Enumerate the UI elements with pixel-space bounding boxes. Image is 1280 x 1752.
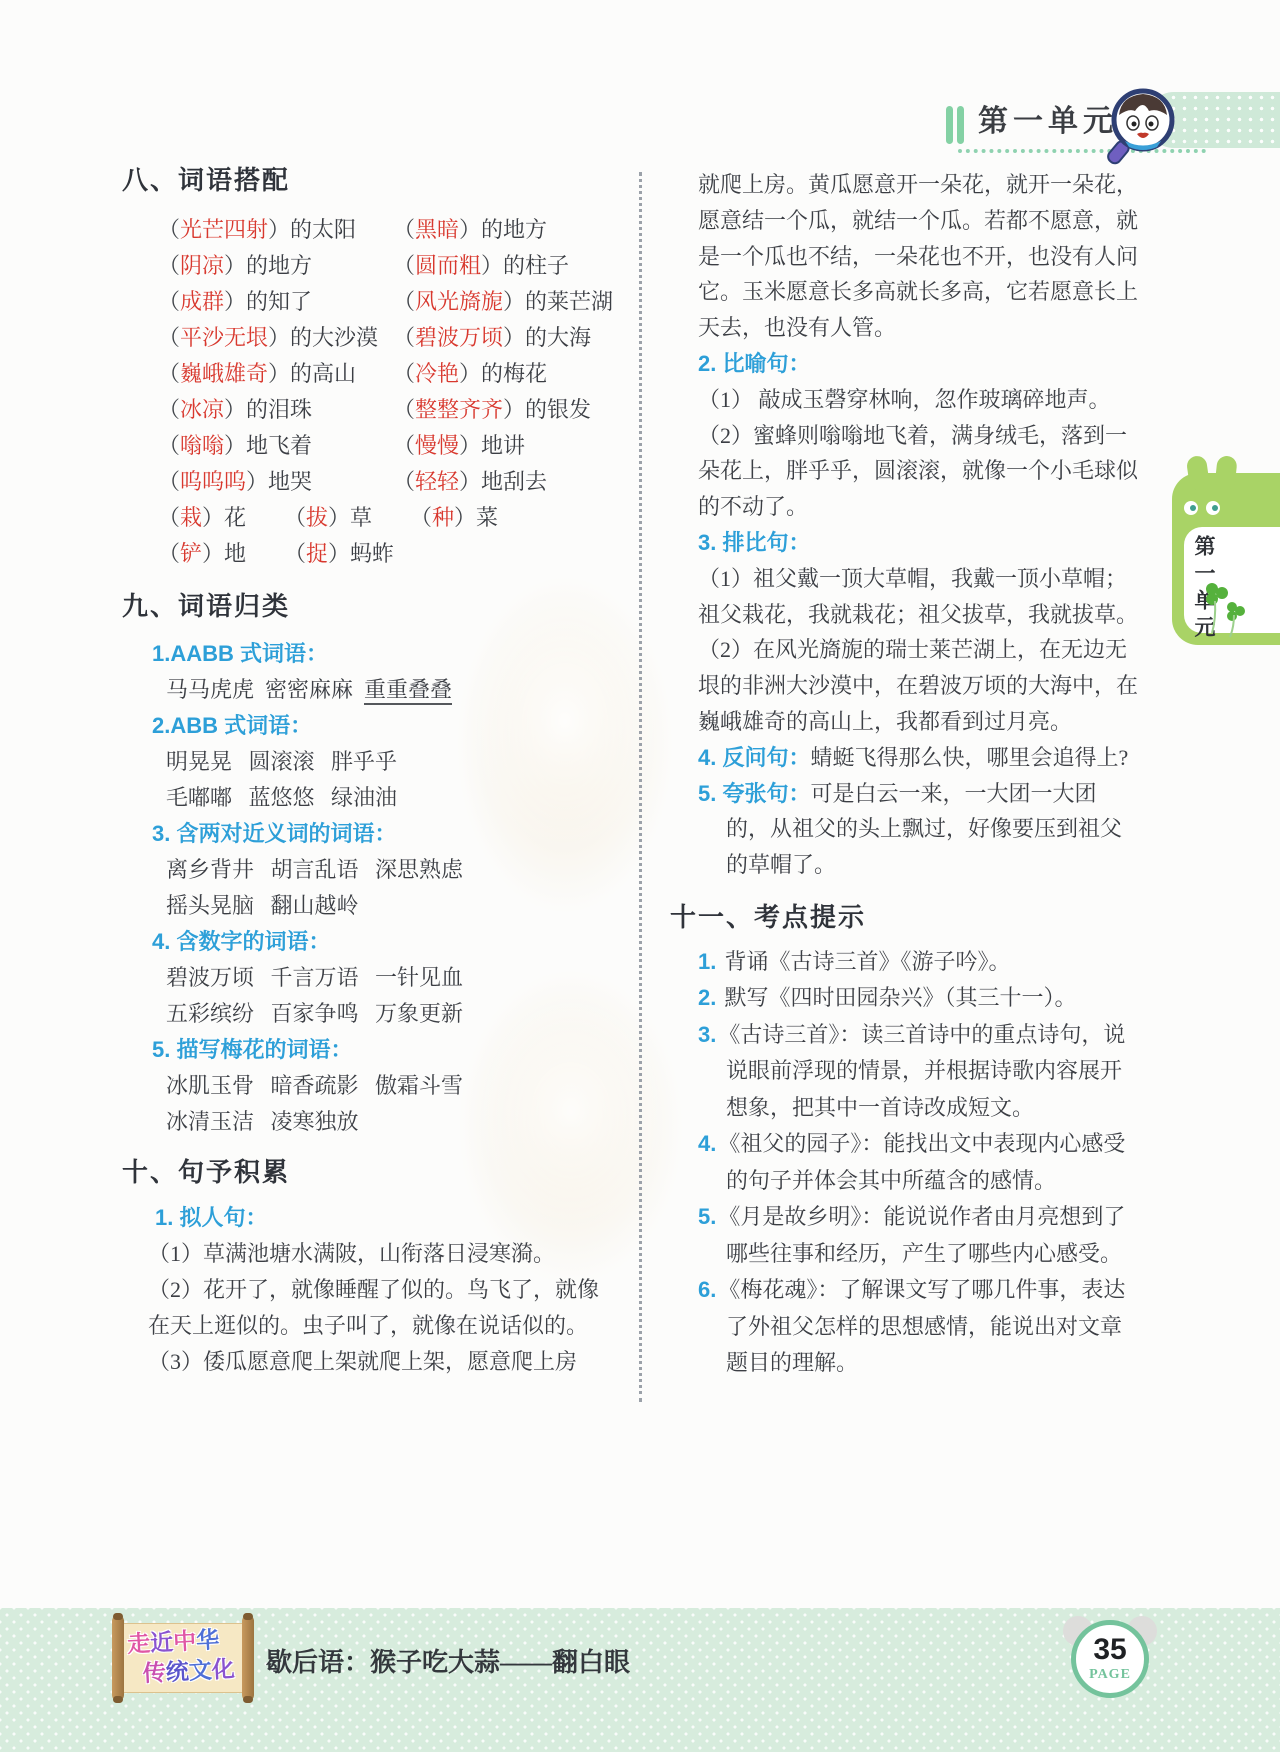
pair-row: 成群的知了 风光旖旎的莱芒湖 bbox=[158, 284, 630, 320]
fill-in-word: 平沙无垠 bbox=[158, 325, 290, 350]
sentence-type-label: 4. 反问句： bbox=[698, 745, 810, 770]
pair-row: 呜呜呜地哭 轻轻地刮去 bbox=[158, 464, 630, 500]
category-words-line: 明晃晃 圆滚滚 胖乎乎 bbox=[166, 744, 630, 780]
fill-in-word: 黑暗 bbox=[393, 217, 481, 242]
banner-char: 华 bbox=[196, 1626, 220, 1653]
banner-char: 文 bbox=[188, 1657, 212, 1684]
banner-char: 近 bbox=[150, 1629, 174, 1656]
category-words-line: 马马虎虎密密麻麻重重叠叠 bbox=[166, 672, 630, 708]
pair-tail: 的大沙漠 bbox=[290, 325, 378, 350]
example-sentence: （1）祖父戴一顶大草帽，我戴一顶小草帽；祖父栽花，我就栽花；祖父拔草，我就拔草。 bbox=[698, 561, 1138, 633]
rabbit-eye-icon bbox=[1184, 501, 1198, 515]
exam-tip-item: 2. 默写《四时田园杂兴》（其三十一）。 bbox=[698, 980, 1138, 1017]
category-label: 5. 描写梅花的词语： bbox=[152, 1032, 630, 1068]
banner-text: 走近中华 传统文化 bbox=[127, 1623, 246, 1689]
word-matching-list: 光芒四射的太阳 黑暗的地方 阴凉的地方 圆而粗的柱子 成群的知了 风光旖旎的莱芒… bbox=[158, 212, 630, 500]
word-pair: 巍峨雄奇的高山 bbox=[158, 356, 393, 392]
left-column: 八、词语搭配 光芒四射的太阳 黑暗的地方 阴凉的地方 圆而粗的柱子 成群的知了 … bbox=[100, 160, 630, 1380]
pair-tail: 的柱子 bbox=[503, 253, 569, 278]
pair-row: 光芒四射的太阳 黑暗的地方 bbox=[158, 212, 630, 248]
pair-row: 巍峨雄奇的高山 冷艳的梅花 bbox=[158, 356, 630, 392]
pair-tail: 地 bbox=[224, 541, 246, 566]
category-words-line: 摇头晃脑 翻山越岭 bbox=[166, 888, 630, 924]
column-divider bbox=[639, 172, 642, 1402]
fill-in-word: 成群 bbox=[158, 289, 246, 314]
category-words-line: 碧波万顷 千言万语 一针见血 bbox=[166, 960, 630, 996]
rabbit-ear-icon bbox=[1214, 455, 1237, 491]
word-pair: 平沙无垠的大沙漠 bbox=[158, 320, 393, 356]
fill-in-word: 整整齐齐 bbox=[393, 397, 525, 422]
idiom-line: 歇后语：猴子吃大蒜——翻白眼 bbox=[266, 1646, 630, 1680]
category-word: 密密麻麻 bbox=[265, 677, 353, 702]
category-words-line: 冰肌玉骨 暗香疏影 傲霜斗雪 bbox=[166, 1068, 630, 1104]
pair-tail: 的知了 bbox=[246, 289, 312, 314]
exam-tip-item: 6.《梅花魂》：了解课文写了哪几件事，表达了外祖父怎样的思想感情，能说出对文章题… bbox=[698, 1272, 1138, 1382]
header-accent-bars bbox=[946, 106, 968, 155]
word-pair: 黑暗的地方 bbox=[393, 212, 630, 248]
pair-tail: 蚂蚱 bbox=[350, 541, 394, 566]
fill-in-word: 碧波万顷 bbox=[393, 325, 525, 350]
pair-tail: 的银发 bbox=[525, 397, 591, 422]
pair-tail: 的大海 bbox=[525, 325, 591, 350]
tip-text: 《古诗三首》：读三首诗中的重点诗句，说说眼前浮现的情景，并根据诗歌内容展开想象，… bbox=[718, 1022, 1125, 1120]
verb-pair-row: 栽花 拔草 种菜 bbox=[158, 500, 630, 536]
pair-tail: 花 bbox=[224, 505, 246, 530]
exam-tips-list: 1. 背诵《古诗三首》《游子吟》。 2. 默写《四时田园杂兴》（其三十一）。 3… bbox=[698, 944, 1138, 1382]
category-word: 马马虎虎 bbox=[166, 677, 254, 702]
pair-tail: 菜 bbox=[476, 505, 498, 530]
fill-in-word: 栽 bbox=[158, 505, 224, 530]
section-title-word-matching: 八、词语搭配 bbox=[122, 160, 630, 200]
pair-tail: 地讲 bbox=[481, 433, 525, 458]
fill-in-word: 轻轻 bbox=[393, 469, 481, 494]
banner-char: 中 bbox=[173, 1627, 197, 1654]
category-label: 2.ABB 式词语： bbox=[152, 708, 630, 744]
category-words-line: 毛嘟嘟 蓝悠悠 绿油油 bbox=[166, 780, 630, 816]
page-number-badge: 35 PAGE bbox=[1060, 1616, 1160, 1700]
sentence-type-label: 5. 夸张句： bbox=[698, 781, 810, 806]
pair-row: 冰凉的泪珠 整整齐齐的银发 bbox=[158, 392, 630, 428]
magnifier-mascot-icon bbox=[1104, 84, 1182, 179]
pair-tail: 地刮去 bbox=[481, 469, 547, 494]
category-words-line: 冰清玉洁 凌寒独放 bbox=[166, 1104, 630, 1140]
fill-in-word: 光芒四射 bbox=[158, 217, 290, 242]
example-sentence: （1）草满池塘水满陂，山衔落日浸寒漪。 bbox=[148, 1236, 606, 1272]
tip-number: 5. bbox=[698, 1204, 716, 1229]
sentence-type-label: 3. 排比句： bbox=[698, 525, 1138, 561]
word-pair: 光芒四射的太阳 bbox=[158, 212, 393, 248]
tip-text: 背诵《古诗三首》《游子吟》。 bbox=[724, 949, 1010, 974]
pair-row: 嗡嗡地飞着 慢慢地讲 bbox=[158, 428, 630, 464]
tip-text: 默写《四时田园杂兴》（其三十一）。 bbox=[724, 985, 1076, 1010]
tip-text: 《梅花魂》：了解课文写了哪几件事，表达了外祖父怎样的思想感情，能说出对文章题目的… bbox=[718, 1277, 1125, 1375]
pair-tail: 草 bbox=[350, 505, 372, 530]
sentence-type-label: 2. 比喻句： bbox=[698, 346, 1138, 382]
word-pair: 轻轻地刮去 bbox=[393, 464, 630, 500]
verb-pair-row: 铲地 捉蚂蚱 bbox=[158, 536, 630, 572]
example-sentence: （3）倭瓜愿意爬上架就爬上架，愿意爬上房 bbox=[148, 1344, 606, 1380]
banner-char: 走 bbox=[127, 1630, 151, 1657]
fill-in-word: 冷艳 bbox=[393, 361, 481, 386]
word-pair: 捉蚂蚱 bbox=[284, 536, 394, 572]
workbook-page: 第一单元 八、词语搭配 光芒四射的太阳 黑暗的地方 阴凉的地方 圆 bbox=[0, 0, 1280, 1752]
tip-number: 3. bbox=[698, 1022, 716, 1047]
fill-in-word: 呜呜呜 bbox=[158, 469, 268, 494]
sentence-type-inline: 4. 反问句：蜻蜓飞得那么快，哪里会追得上? bbox=[698, 740, 1138, 776]
page-label: PAGE bbox=[1076, 1667, 1144, 1683]
word-pair: 慢慢地讲 bbox=[393, 428, 630, 464]
section-title-exam-tips: 十一、考点提示 bbox=[670, 897, 1138, 937]
sentence-type-inline: 5. 夸张句：可是白云一来，一大团一大团的，从祖父的头上飘过，好像要压到祖父的草… bbox=[698, 776, 1138, 883]
continued-paragraph: 就爬上房。黄瓜愿意开一朵花，就开一朵花，愿意结一个瓜，就结一个瓜。若都不愿意，就… bbox=[698, 167, 1138, 346]
section-title-sentence-accumulation: 十、句予积累 bbox=[122, 1152, 630, 1192]
tip-number: 4. bbox=[698, 1131, 716, 1156]
category-word-underlined: 重重叠叠 bbox=[364, 677, 452, 705]
fill-in-word: 阴凉 bbox=[158, 253, 246, 278]
fill-in-word: 拔 bbox=[284, 505, 350, 530]
pair-tail: 的地方 bbox=[481, 217, 547, 242]
word-pair: 冰凉的泪珠 bbox=[158, 392, 393, 428]
word-pair: 铲地 bbox=[158, 536, 284, 572]
word-pair: 呜呜呜地哭 bbox=[158, 464, 393, 500]
word-pair: 拔草 bbox=[284, 500, 410, 536]
banner-char: 统 bbox=[165, 1658, 189, 1685]
pair-tail: 的梅花 bbox=[481, 361, 547, 386]
unit-side-tab: 第一单元 bbox=[1172, 473, 1280, 645]
category-words-line: 离乡背井 胡言乱语 深思熟虑 bbox=[166, 852, 630, 888]
pair-row: 平沙无垠的大沙漠 碧波万顷的大海 bbox=[158, 320, 630, 356]
word-pair: 碧波万顷的大海 bbox=[393, 320, 630, 356]
tradition-banner: 走近中华 传统文化 bbox=[112, 1618, 254, 1698]
rabbit-ear-icon bbox=[1186, 455, 1211, 491]
word-pair: 阴凉的地方 bbox=[158, 248, 393, 284]
fill-in-word: 冰凉 bbox=[158, 397, 246, 422]
pair-tail: 地哭 bbox=[268, 469, 312, 494]
tip-text: 《祖父的园子》：能找出文中表现内心感受的句子并体会其中所蕴含的感情。 bbox=[718, 1131, 1125, 1193]
idiom-label: 歇后语： bbox=[266, 1648, 370, 1677]
word-pair: 风光旖旎的莱芒湖 bbox=[393, 284, 630, 320]
unit-title: 第一单元 bbox=[978, 102, 1118, 142]
banner-pole bbox=[112, 1615, 124, 1701]
word-pair: 冷艳的梅花 bbox=[393, 356, 630, 392]
fill-in-word: 巍峨雄奇 bbox=[158, 361, 290, 386]
exam-tip-item: 5.《月是故乡明》：能说说作者由月亮想到了哪些往事和经历，产生了哪些内心感受。 bbox=[698, 1199, 1138, 1272]
fill-in-word: 铲 bbox=[158, 541, 224, 566]
fill-in-word: 慢慢 bbox=[393, 433, 481, 458]
idiom-text: 猴子吃大蒜——翻白眼 bbox=[370, 1648, 630, 1677]
pair-tail: 的莱芒湖 bbox=[525, 289, 613, 314]
word-pair: 整整齐齐的银发 bbox=[393, 392, 630, 428]
pair-tail: 地飞着 bbox=[246, 433, 312, 458]
exam-tip-item: 3.《古诗三首》：读三首诗中的重点诗句，说说眼前浮现的情景，并根据诗歌内容展开想… bbox=[698, 1017, 1138, 1127]
fill-in-word: 嗡嗡 bbox=[158, 433, 246, 458]
tip-number: 1. bbox=[698, 949, 722, 974]
pair-tail: 的太阳 bbox=[290, 217, 356, 242]
example-sentence: （1） 敲成玉磬穿林响，忽作玻璃碎地声。 bbox=[698, 382, 1138, 418]
banner-char: 传 bbox=[142, 1659, 166, 1686]
fill-in-word: 圆而粗 bbox=[393, 253, 503, 278]
tip-number: 6. bbox=[698, 1277, 716, 1302]
word-pair: 种菜 bbox=[410, 500, 498, 536]
pair-row: 阴凉的地方 圆而粗的柱子 bbox=[158, 248, 630, 284]
sentence-type-label: 1. 拟人句： bbox=[155, 1200, 630, 1236]
category-label: 4. 含数字的词语： bbox=[152, 924, 630, 960]
category-words-line: 五彩缤纷 百家争鸣 万象更新 bbox=[166, 996, 630, 1032]
page-number: 35 bbox=[1076, 1633, 1144, 1667]
tip-text: 《月是故乡明》：能说说作者由月亮想到了哪些往事和经历，产生了哪些内心感受。 bbox=[718, 1204, 1125, 1266]
clover-icon bbox=[1202, 581, 1246, 650]
word-pair: 嗡嗡地飞着 bbox=[158, 428, 393, 464]
exam-tip-item: 1. 背诵《古诗三首》《游子吟》。 bbox=[698, 944, 1138, 981]
fill-in-word: 捉 bbox=[284, 541, 350, 566]
fill-in-word: 风光旖旎 bbox=[393, 289, 525, 314]
right-column: 就爬上房。黄瓜愿意开一朵花，就开一朵花，愿意结一个瓜，就结一个瓜。若都不愿意，就… bbox=[698, 167, 1138, 1382]
fill-in-word: 种 bbox=[410, 505, 476, 530]
example-sentence: （2）在风光旖旎的瑞士莱芒湖上，在无边无垠的非洲大沙漠中，在碧波万顷的大海中，在… bbox=[698, 632, 1138, 739]
word-pair: 栽花 bbox=[158, 500, 284, 536]
word-pair: 圆而粗的柱子 bbox=[393, 248, 630, 284]
example-sentence: 蜻蜓飞得那么快，哪里会追得上? bbox=[810, 745, 1128, 770]
page-number-circle: 35 PAGE bbox=[1071, 1620, 1149, 1698]
example-sentence: （2）蜜蜂则嗡嗡地飞着，满身绒毛，落到一朵花上，胖乎乎，圆滚滚，就像一个小毛球似… bbox=[698, 418, 1138, 525]
exam-tip-item: 4.《祖父的园子》：能找出文中表现内心感受的句子并体会其中所蕴含的感情。 bbox=[698, 1126, 1138, 1199]
pair-tail: 的泪珠 bbox=[246, 397, 312, 422]
category-label: 1.AABB 式词语： bbox=[152, 636, 630, 672]
banner-char: 化 bbox=[211, 1655, 235, 1682]
pair-tail: 的高山 bbox=[290, 361, 356, 386]
example-sentence: （2）花开了，就像睡醒了似的。鸟飞了，就像在天上逛似的。虫子叫了，就像在说话似的… bbox=[148, 1272, 606, 1344]
tip-number: 2. bbox=[698, 985, 722, 1010]
rabbit-eye-icon bbox=[1206, 501, 1220, 515]
pair-tail: 的地方 bbox=[246, 253, 312, 278]
category-label: 3. 含两对近义词的词语： bbox=[152, 816, 630, 852]
section-title-word-categories: 九、词语归类 bbox=[122, 586, 630, 626]
word-pair: 成群的知了 bbox=[158, 284, 393, 320]
